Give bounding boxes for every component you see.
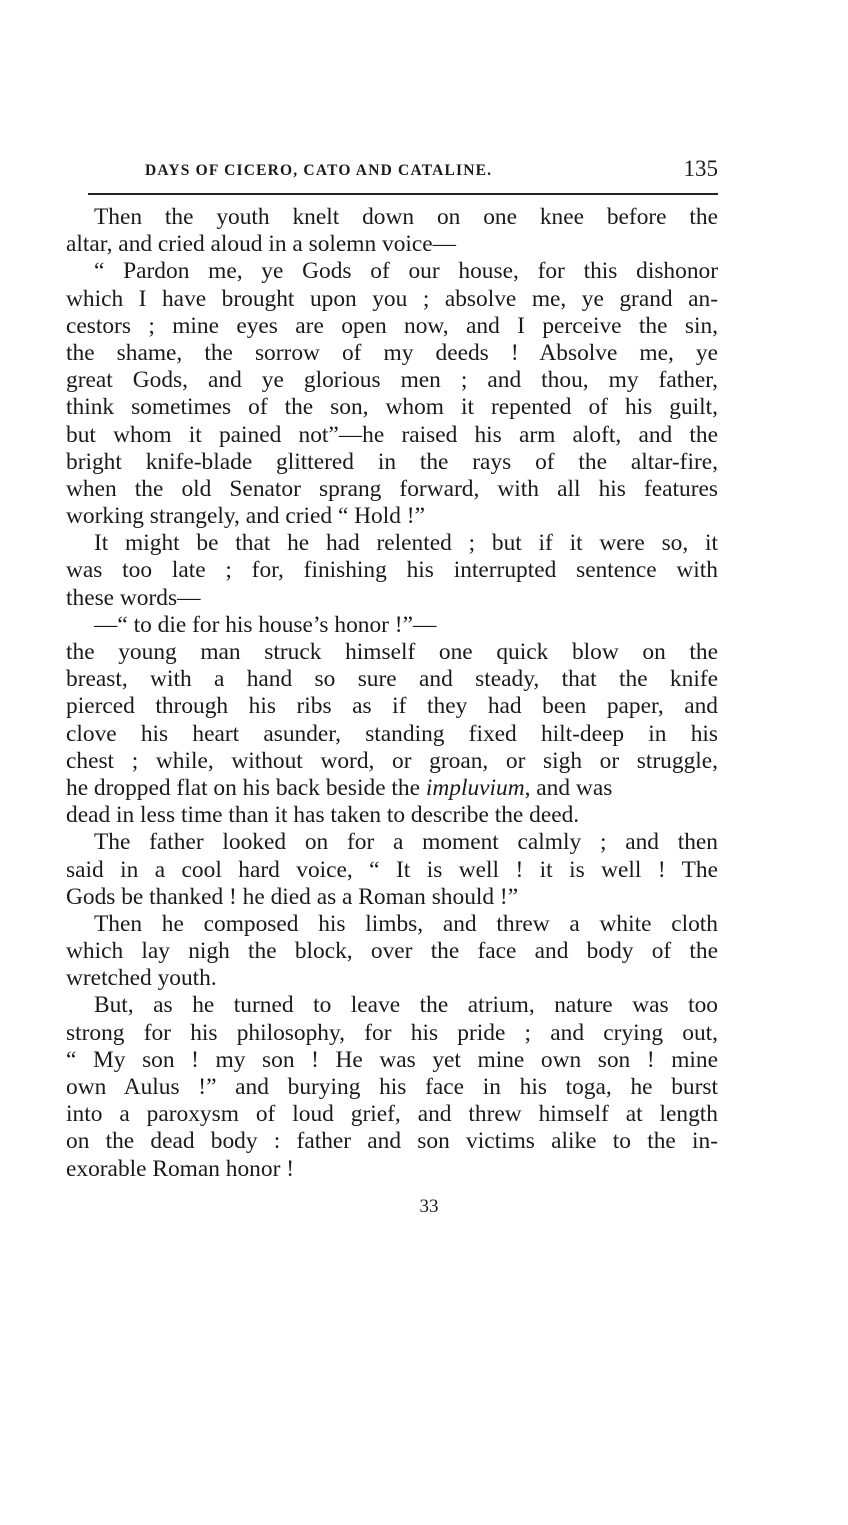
- text-line: strong for his philosophy, for his pride…: [66, 1020, 718, 1047]
- page-number: 135: [684, 156, 719, 182]
- header-rule: [88, 193, 718, 195]
- running-head: Days of Cicero, Cato and Cataline. 135: [88, 160, 718, 188]
- italic-term: impluvium: [426, 775, 525, 801]
- text-line: clove his heart asunder, standing fixed …: [66, 721, 718, 748]
- text-line: on the dead body : father and son victim…: [66, 1128, 718, 1155]
- text-line: Gods be thanked ! he died as a Roman sho…: [66, 884, 718, 911]
- text-line: breast, with a hand so sure and steady, …: [66, 666, 718, 693]
- text-line: into a paroxysm of loud grief, and threw…: [66, 1101, 718, 1128]
- text-line: cestors ; mine eyes are open now, and I …: [66, 313, 718, 340]
- text-line: said in a cool hard voice, “ It is well …: [66, 857, 718, 884]
- text-segment: he dropped flat on his back beside the: [66, 775, 426, 801]
- text-line: The father looked on for a moment calmly…: [66, 829, 718, 856]
- text-line: wretched youth.: [66, 965, 718, 992]
- text-line: own Aulus !” and burying his face in his…: [66, 1074, 718, 1101]
- signature-mark: 33: [0, 1196, 848, 1218]
- text-line: chest ; while, without word, or groan, o…: [66, 748, 718, 775]
- book-page: Days of Cicero, Cato and Cataline. 135 T…: [0, 0, 848, 1525]
- text-line: It might be that he had relented ; but i…: [66, 530, 718, 557]
- text-line: think sometimes of the son, whom it repe…: [66, 394, 718, 421]
- text-segment: , and was: [525, 775, 613, 801]
- text-line: Then the youth knelt down on one knee be…: [66, 204, 718, 231]
- text-line: “ Pardon me, ye Gods of our house, for t…: [66, 258, 718, 285]
- text-line: working strangely, and cried “ Hold !”: [66, 503, 718, 530]
- text-line: —“ to die for his house’s honor !”—: [66, 612, 718, 639]
- text-line: bright knife-blade glittered in the rays…: [66, 449, 718, 476]
- text-line: But, as he turned to leave the atrium, n…: [66, 992, 718, 1019]
- text-line: but whom it pained not”—he raised his ar…: [66, 422, 718, 449]
- text-line: Then he composed his limbs, and threw a …: [66, 911, 718, 938]
- text-line: altar, and cried aloud in a solemn voice…: [66, 231, 718, 258]
- text-line: dead in less time than it has taken to d…: [66, 802, 718, 829]
- text-line: pierced through his ribs as if they had …: [66, 693, 718, 720]
- text-line: the young man struck himself one quick b…: [66, 639, 718, 666]
- text-line-with-italic: he dropped flat on his back beside the i…: [66, 775, 718, 802]
- text-line: these words—: [66, 585, 718, 612]
- text-line: was too late ; for, finishing his interr…: [66, 557, 718, 584]
- text-line: the shame, the sorrow of my deeds ! Abso…: [66, 340, 718, 367]
- text-line: which lay nigh the block, over the face …: [66, 938, 718, 965]
- text-line: exorable Roman honor !: [66, 1156, 718, 1183]
- text-line: “ My son ! my son ! He was yet mine own …: [66, 1047, 718, 1074]
- text-line: great Gods, and ye glorious men ; and th…: [66, 367, 718, 394]
- body-text: Then the youth knelt down on one knee be…: [66, 204, 718, 1183]
- text-line: which I have brought upon you ; absolve …: [66, 286, 718, 313]
- text-line: when the old Senator sprang forward, wit…: [66, 476, 718, 503]
- running-title: Days of Cicero, Cato and Cataline.: [145, 162, 492, 180]
